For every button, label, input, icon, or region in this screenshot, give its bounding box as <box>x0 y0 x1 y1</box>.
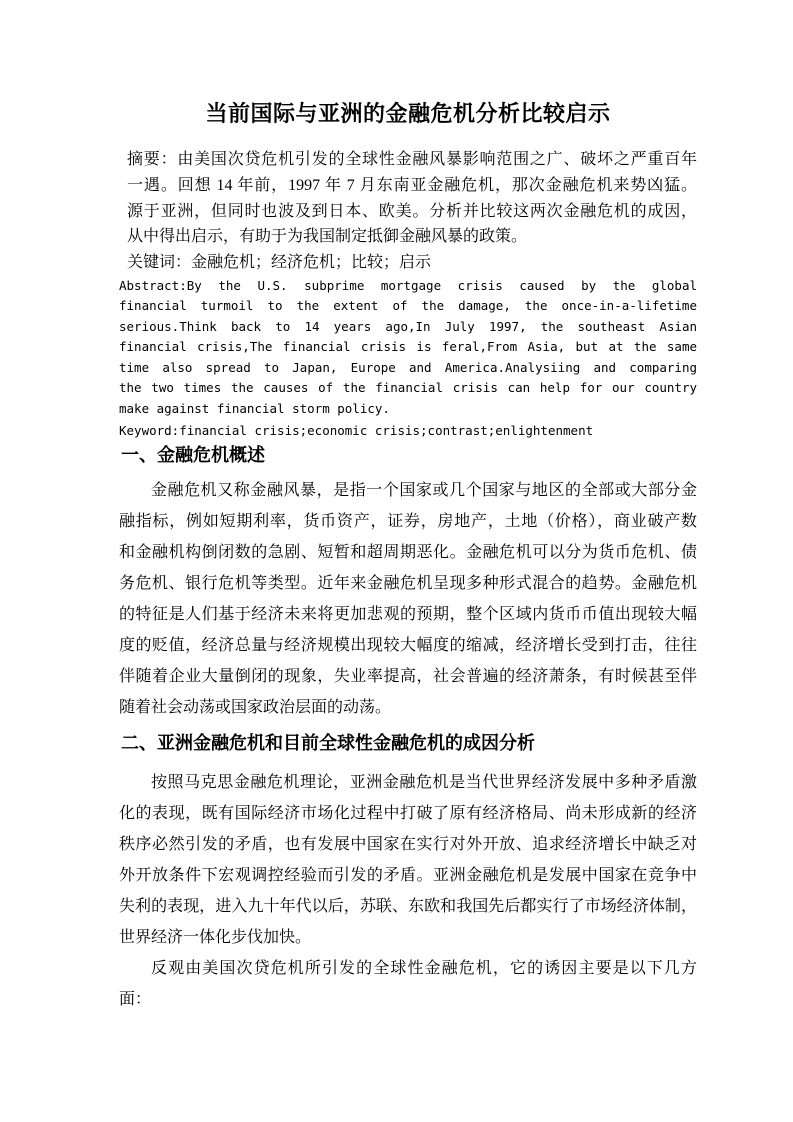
paragraph-1: 金融危机又称金融风暴，是指一个国家或几个国家与地区的全部或大部分金融指标，例如短… <box>119 475 697 723</box>
text-line: Abstract:By the U.S. subprime mortgage c… <box>119 276 697 297</box>
text-line: 秩序必然引发的矛盾，也有发展中国家在实行对外开放、追求经济增长中缺乏对 <box>119 829 697 860</box>
paragraph-3: 反观由美国次贷危机所引发的全球性金融危机，它的诱因主要是以下几方面： <box>119 953 697 1015</box>
text-line: 按照马克思金融危机理论，亚洲金融危机是当代世界经济发展中多种矛盾激 <box>119 767 697 798</box>
section-heading-2: 二、亚洲金融危机和目前全球性金融危机的成因分析 <box>121 731 697 756</box>
text-line: 融指标，例如短期利率，货币资产，证券，房地产，土地（价格），商业破产数 <box>119 506 697 537</box>
text-line: 从中得出启示，有助于为我国制定抵御金融风暴的政策。 <box>127 224 697 250</box>
abstract-zh: 摘要：由美国次贷危机引发的全球性金融风暴影响范围之广、破坏之严重百年一遇。回想 … <box>127 147 697 276</box>
text-line: 摘要：由美国次贷危机引发的全球性金融风暴影响范围之广、破坏之严重百年 <box>127 147 697 173</box>
text-line: financial crisis,The financial crisis is… <box>119 337 697 358</box>
text-line: the two times the causes of the financia… <box>119 378 697 399</box>
text-line: make against financial storm policy. <box>119 399 697 420</box>
document-title: 当前国际与亚洲的金融危机分析比较启示 <box>119 99 697 130</box>
text-line: 面： <box>119 984 697 1015</box>
text-line: 外开放条件下宏观调控经验而引发的矛盾。亚洲金融危机是发展中国家在竞争中 <box>119 860 697 891</box>
text-line: 反观由美国次贷危机所引发的全球性金融危机，它的诱因主要是以下几方 <box>119 953 697 984</box>
text-line: 务危机、银行危机等类型。近年来金融危机呈现多种形式混合的趋势。金融危机 <box>119 568 697 599</box>
text-line: 随着社会动荡或国家政治层面的动荡。 <box>119 692 697 723</box>
keywords-zh: 关键词：金融危机；经济危机；比较；启示 <box>127 250 697 276</box>
text-line: serious.Think back to 14 years ago,In Ju… <box>119 317 697 338</box>
text-line: 伴随着企业大量倒闭的现象，失业率提高，社会普遍的经济萧条，有时候甚至伴 <box>119 661 697 692</box>
keywords-en: Keyword:financial crisis;economic crisis… <box>119 421 697 442</box>
text-line: 失利的表现，进入九十年代以后，苏联、东欧和我国先后都实行了市场经济体制， <box>119 891 697 922</box>
abstract-en: Abstract:By the U.S. subprime mortgage c… <box>119 276 697 420</box>
text-line: 度的贬值，经济总量与经济规模出现较大幅度的缩减，经济增长受到打击，往往 <box>119 630 697 661</box>
paragraph-2: 按照马克思金融危机理论，亚洲金融危机是当代世界经济发展中多种矛盾激化的表现，既有… <box>119 767 697 953</box>
text-line: 世界经济一体化步伐加快。 <box>119 922 697 953</box>
text-line: financial turmoil to the extent of the d… <box>119 296 697 317</box>
text-line: 的特征是人们基于经济未来将更加悲观的预期，整个区域内货币币值出现较大幅 <box>119 599 697 630</box>
document-page: 当前国际与亚洲的金融危机分析比较启示 摘要：由美国次贷危机引发的全球性金融风暴影… <box>0 0 793 1122</box>
text-line: 金融危机又称金融风暴，是指一个国家或几个国家与地区的全部或大部分金 <box>119 475 697 506</box>
text-line: 源于亚洲，但同时也波及到日本、欧美。分析并比较这两次金融危机的成因， <box>127 199 697 225</box>
text-line: 和金融机构倒闭数的急剧、短暂和超周期恶化。金融危机可以分为货币危机、债 <box>119 537 697 568</box>
text-line: 化的表现，既有国际经济市场化过程中打破了原有经济格局、尚未形成新的经济 <box>119 798 697 829</box>
section-heading-1: 一、金融危机概述 <box>121 443 697 468</box>
text-line: 一遇。回想 14 年前，1997 年 7 月东南亚金融危机，那次金融危机来势凶猛… <box>127 173 697 199</box>
abstract-en-lines: Abstract:By the U.S. subprime mortgage c… <box>119 276 697 420</box>
text-line: time also spread to Japan, Europe and Am… <box>119 358 697 379</box>
abstract-zh-lines: 摘要：由美国次贷危机引发的全球性金融风暴影响范围之广、破坏之严重百年一遇。回想 … <box>127 147 697 250</box>
